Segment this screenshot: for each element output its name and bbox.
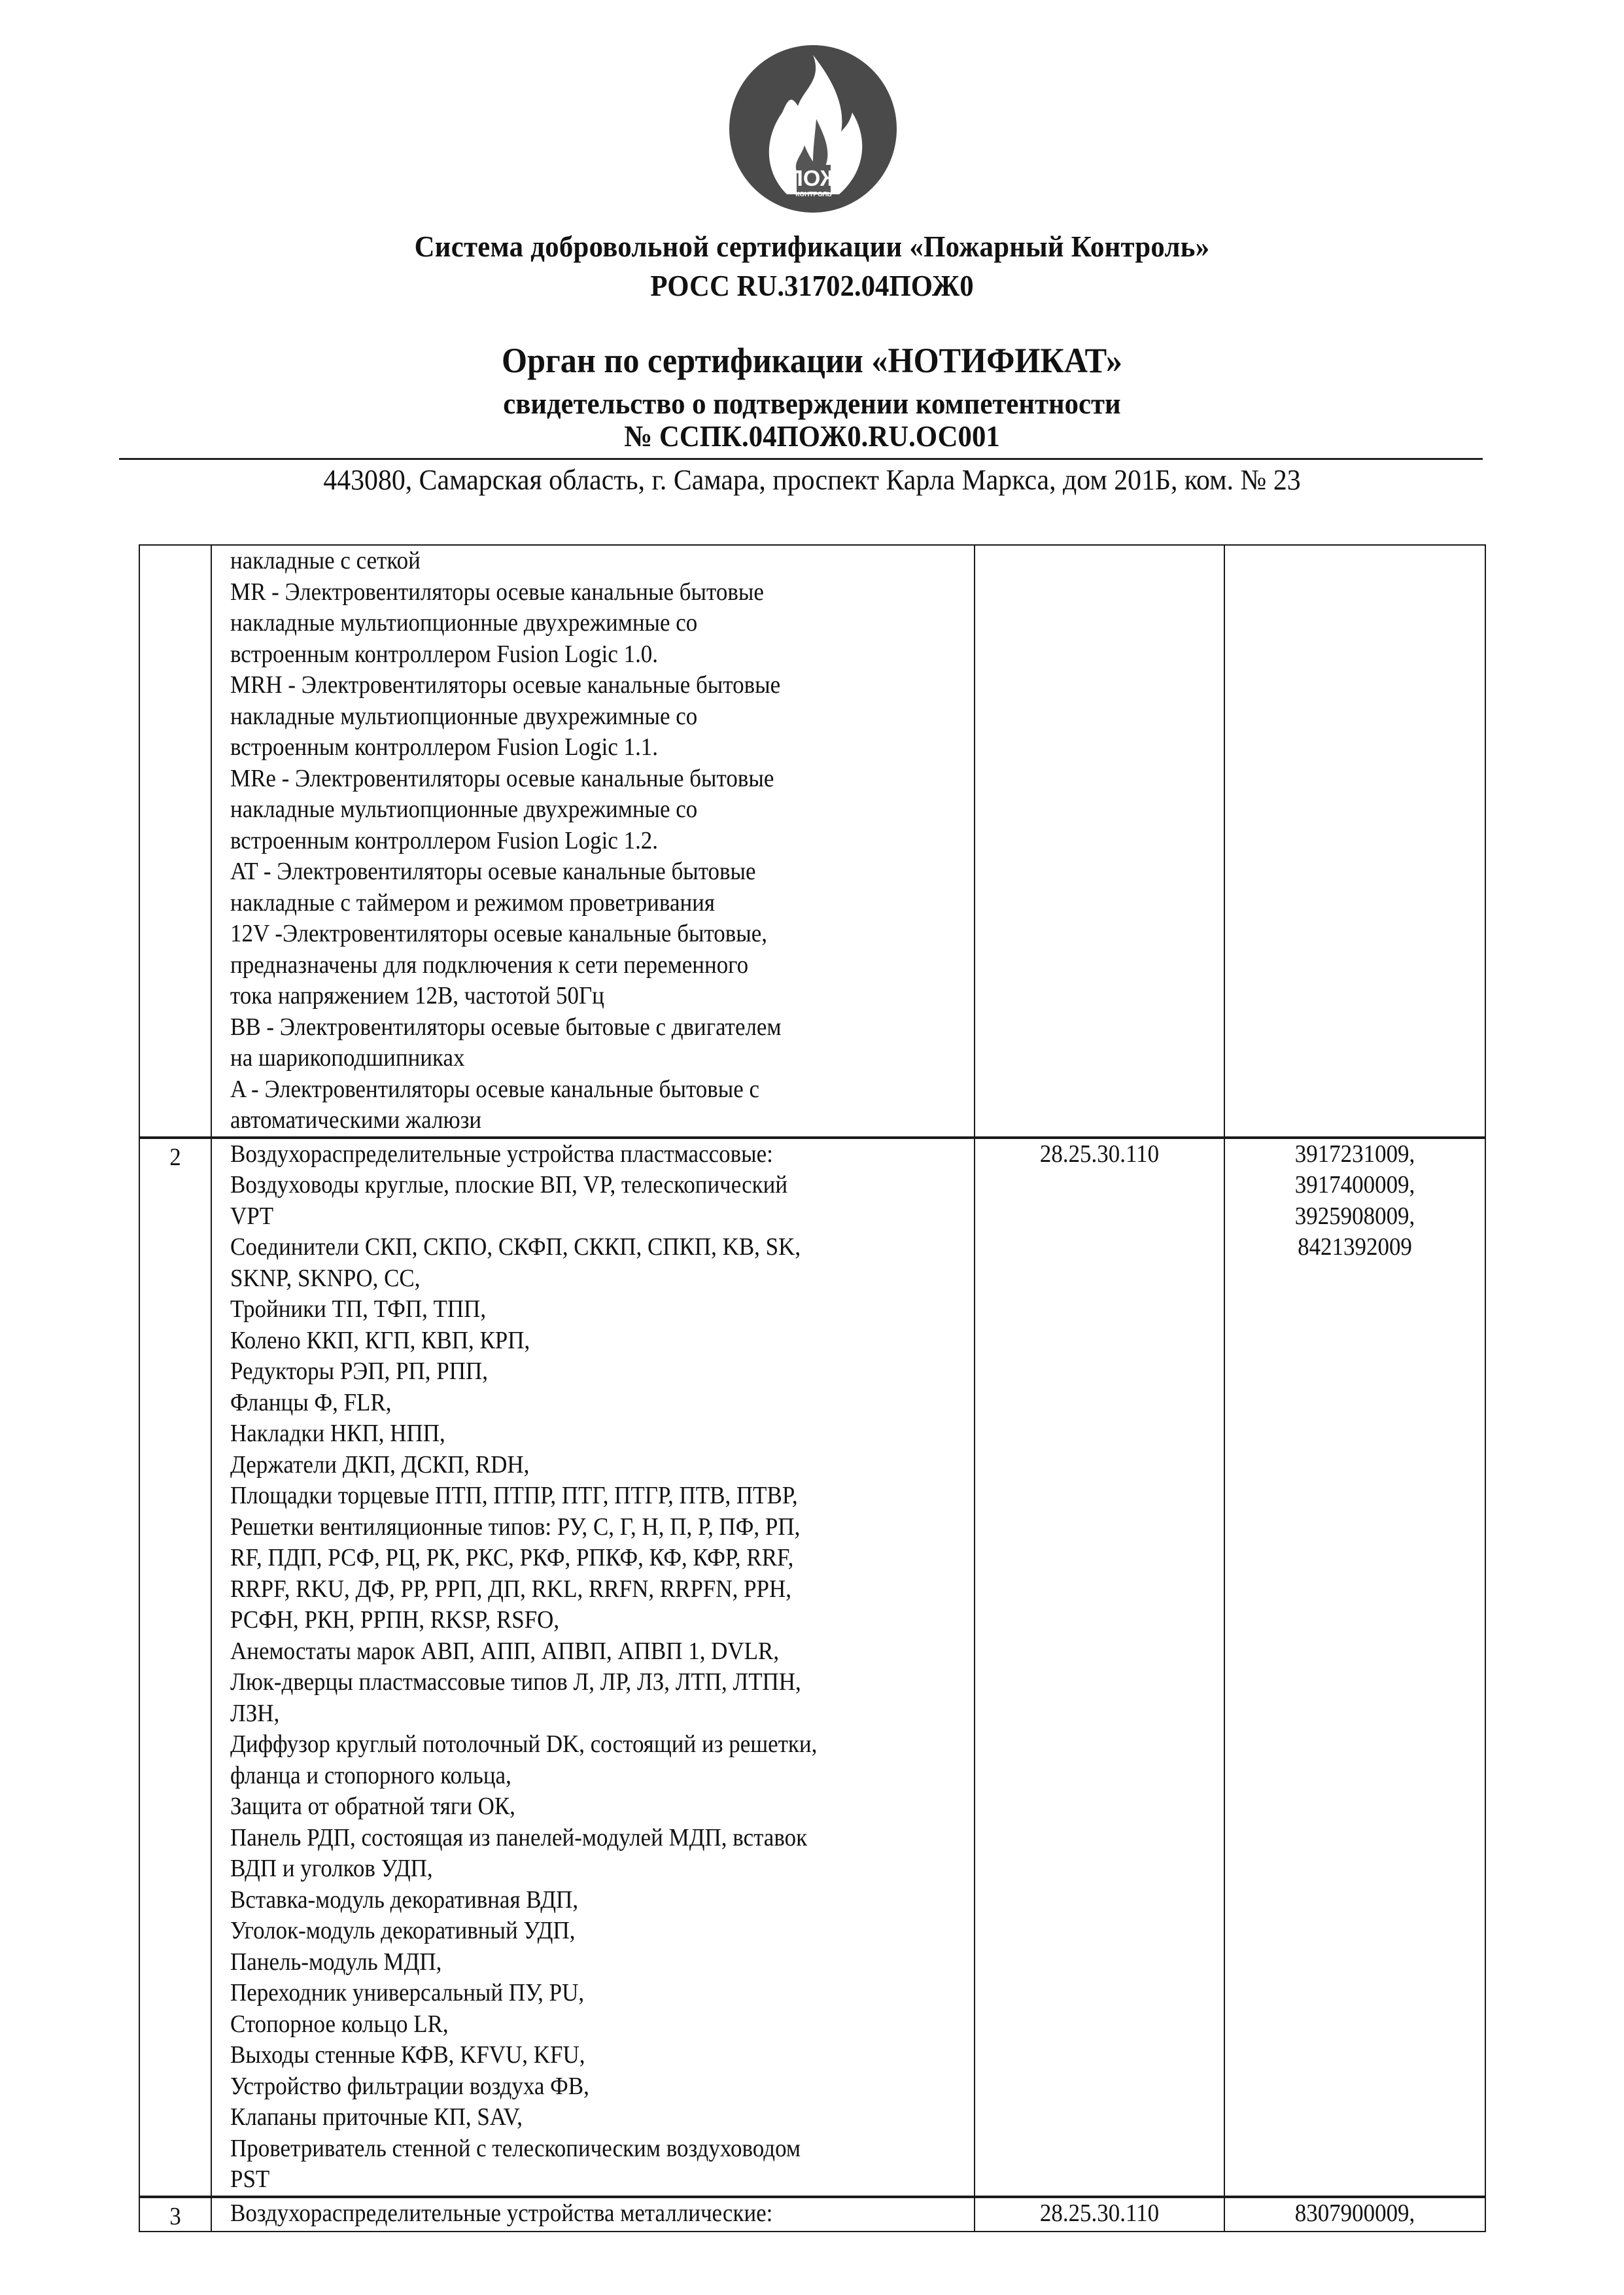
- okpd2-cell: 28.25.30.110: [975, 2197, 1224, 2232]
- tnved-cell-line: 3917400009,: [1235, 1170, 1474, 1201]
- description-cell-line: Люк-дверцы пластмассовые типов Л, ЛР, ЛЗ…: [230, 1667, 907, 1698]
- description-cell-line: предназначены для подключения к сети пер…: [230, 950, 907, 981]
- row-number: 2: [139, 1138, 211, 2197]
- description-cell-line: встроенным контроллером Fusion Logic 1.1…: [230, 732, 907, 763]
- row-number-line: 2: [143, 1143, 207, 1172]
- product-table-body: накладные с сеткойMR - Электровентилятор…: [139, 545, 1485, 2232]
- description-cell-line: Анемостаты марок АВП, АПП, АПВП, АПВП 1,…: [230, 1636, 907, 1668]
- description-cell-line: на шарикоподшипниках: [230, 1043, 907, 1074]
- certification-body-title: Орган по сертификации «НОТИФИКАТ»: [57, 340, 1567, 381]
- svg-text:ПОЖ: ПОЖ: [787, 166, 840, 191]
- description-cell-line: SKNP, SKNPO, CC,: [230, 1263, 907, 1295]
- description-cell-line: Панель РДП, состоящая из панелей-модулей…: [230, 1823, 907, 1854]
- tnved-cell-line: 3917231009,: [1235, 1139, 1474, 1170]
- description-cell: накладные с сеткойMR - Электровентилятор…: [211, 545, 975, 1138]
- description-cell-line: Защита от обратной тяги ОК,: [230, 1791, 907, 1823]
- description-cell-line: Воздухораспределительные устройства плас…: [230, 1139, 907, 1170]
- description-cell-line: PST: [230, 2164, 907, 2196]
- okpd2-cell: 28.25.30.110: [975, 1138, 1224, 2197]
- description-cell-line: 12V -Электровентиляторы осевые канальные…: [230, 919, 907, 950]
- description-cell-line: автоматическими жалюзи: [230, 1105, 907, 1136]
- description-cell-line: накладные мультиопционные двухрежимные с…: [230, 701, 907, 733]
- tnved-cell-line: 3925908009,: [1235, 1201, 1474, 1233]
- certification-logo: ПОЖ КОНТРОЛЬ: [725, 41, 901, 217]
- tnved-cell: 8307900009,: [1224, 2197, 1485, 2232]
- description-cell-line: Решетки вентиляционные типов: РУ, С, Г, …: [230, 1512, 907, 1543]
- description-cell-line: Панель-модуль МДП,: [230, 1947, 907, 1978]
- description-cell-line: Выходы стенные КФВ, KFVU, KFU,: [230, 2040, 907, 2071]
- tnved-cell-line: 8307900009,: [1235, 2198, 1474, 2230]
- description-cell-line: Воздухораспределительные устройства мета…: [230, 2198, 907, 2230]
- competence-certificate-label: свидетельство о подтверждении компетентн…: [57, 386, 1567, 421]
- header-divider: [119, 458, 1483, 460]
- okpd2-cell-line: 28.25.30.110: [985, 2198, 1214, 2230]
- description-cell-line: ВДП и уголков УДП,: [230, 1853, 907, 1885]
- description-cell-line: Редукторы РЭП, РП, РПП,: [230, 1356, 907, 1388]
- description-cell-line: Площадки торцевые ПТП, ПТПР, ПТГ, ПТГР, …: [230, 1480, 907, 1512]
- row-number: 3: [139, 2197, 211, 2232]
- certificate-number: № ССПК.04ПОЖ0.RU.ОС001: [57, 419, 1567, 453]
- tnved-cell: [1224, 545, 1485, 1138]
- tnved-cell: 3917231009,3917400009,3925908009,8421392…: [1224, 1138, 1485, 2197]
- description-cell-line: накладные с таймером и режимом проветрив…: [230, 888, 907, 919]
- description-cell-line: Устройство фильтрации воздуха ФВ,: [230, 2071, 907, 2103]
- description-cell-line: Фланцы Ф, FLR,: [230, 1388, 907, 1419]
- description-cell-line: Тройники ТП, ТФП, ТПП,: [230, 1294, 907, 1325]
- svg-text:КОНТРОЛЬ: КОНТРОЛЬ: [795, 191, 831, 198]
- description-cell: Воздухораспределительные устройства плас…: [211, 1138, 975, 2197]
- description-cell-line: Клапаны приточные КП, SAV,: [230, 2102, 907, 2133]
- system-title: Система добровольной сертификации «Пожар…: [57, 229, 1567, 264]
- okpd2-cell-line: 28.25.30.110: [985, 1139, 1214, 1170]
- description-cell-line: Уголок-модуль декоративный УДП,: [230, 1916, 907, 1947]
- description-cell-line: MR - Электровентиляторы осевые канальные…: [230, 577, 907, 608]
- description-cell-line: Колено ККП, КГП, КВП, КРП,: [230, 1325, 907, 1357]
- description-cell-line: тока напряжением 12В, частотой 50Гц: [230, 981, 907, 1012]
- description-cell-line: Вставка-модуль декоративная ВДП,: [230, 1885, 907, 1916]
- product-table: накладные с сеткойMR - Электровентилятор…: [139, 544, 1486, 2232]
- description-cell-line: RRPF, RKU, ДФ, РР, РРП, ДП, RKL, RRFN, R…: [230, 1574, 907, 1605]
- description-cell-line: A - Электровентиляторы осевые канальные …: [230, 1074, 907, 1106]
- description-cell-line: ЛЗН,: [230, 1698, 907, 1730]
- table-row: 3Воздухораспределительные устройства мет…: [139, 2197, 1485, 2232]
- flame-in-circle-icon: ПОЖ КОНТРОЛЬ: [725, 41, 901, 217]
- description-cell-line: накладные мультиопционные двухрежимные с…: [230, 794, 907, 826]
- description-cell-line: Переходник универсальный ПУ, PU,: [230, 1978, 907, 2009]
- system-registration-number: РОСС RU.31702.04ПОЖ0: [57, 268, 1567, 303]
- description-cell-line: встроенным контроллером Fusion Logic 1.2…: [230, 826, 907, 857]
- row-number-line: 3: [143, 2202, 207, 2231]
- description-cell-line: Стопорное кольцо LR,: [230, 2009, 907, 2041]
- table-row: 2Воздухораспределительные устройства пла…: [139, 1138, 1485, 2197]
- description-cell-line: Диффузор круглый потолочный DK, состоящи…: [230, 1729, 907, 1761]
- description-cell-line: AT - Электровентиляторы осевые канальные…: [230, 856, 907, 888]
- description-cell-line: накладные мультиопционные двухрежимные с…: [230, 608, 907, 639]
- address: 443080, Самарская область, г. Самара, пр…: [41, 463, 1583, 497]
- description-cell-line: Накладки НКП, НПП,: [230, 1418, 907, 1450]
- description-cell-line: MRe - Электровентиляторы осевые канальны…: [230, 763, 907, 795]
- description-cell-line: VPT: [230, 1201, 907, 1233]
- table-row: накладные с сеткойMR - Электровентилятор…: [139, 545, 1485, 1138]
- row-number: [139, 545, 211, 1138]
- tnved-cell-line: 8421392009: [1235, 1232, 1474, 1263]
- description-cell-line: накладные с сеткой: [230, 546, 907, 577]
- description-cell-line: РСФН, РКН, РРПН, RKSP, RSFO,: [230, 1605, 907, 1636]
- description-cell-line: RF, ПДП, РСФ, РЦ, РК, РКС, РКФ, РПКФ, КФ…: [230, 1543, 907, 1574]
- description-cell-line: Держатели ДКП, ДСКП, RDH,: [230, 1450, 907, 1481]
- description-cell-line: Проветриватель стенной с телескопическим…: [230, 2133, 907, 2165]
- description-cell-line: фланца и стопорного кольца,: [230, 1761, 907, 1792]
- description-cell-line: встроенным контроллером Fusion Logic 1.0…: [230, 639, 907, 671]
- description-cell-line: Соединители СКП, СКПО, СКФП, СККП, СПКП,…: [230, 1232, 907, 1263]
- description-cell: Воздухораспределительные устройства мета…: [211, 2197, 975, 2232]
- description-cell-line: BB - Электровентиляторы осевые бытовые с…: [230, 1012, 907, 1043]
- description-cell-line: Воздуховоды круглые, плоские ВП, VP, тел…: [230, 1170, 907, 1201]
- okpd2-cell: [975, 545, 1224, 1138]
- description-cell-line: MRH - Электровентиляторы осевые канальны…: [230, 670, 907, 701]
